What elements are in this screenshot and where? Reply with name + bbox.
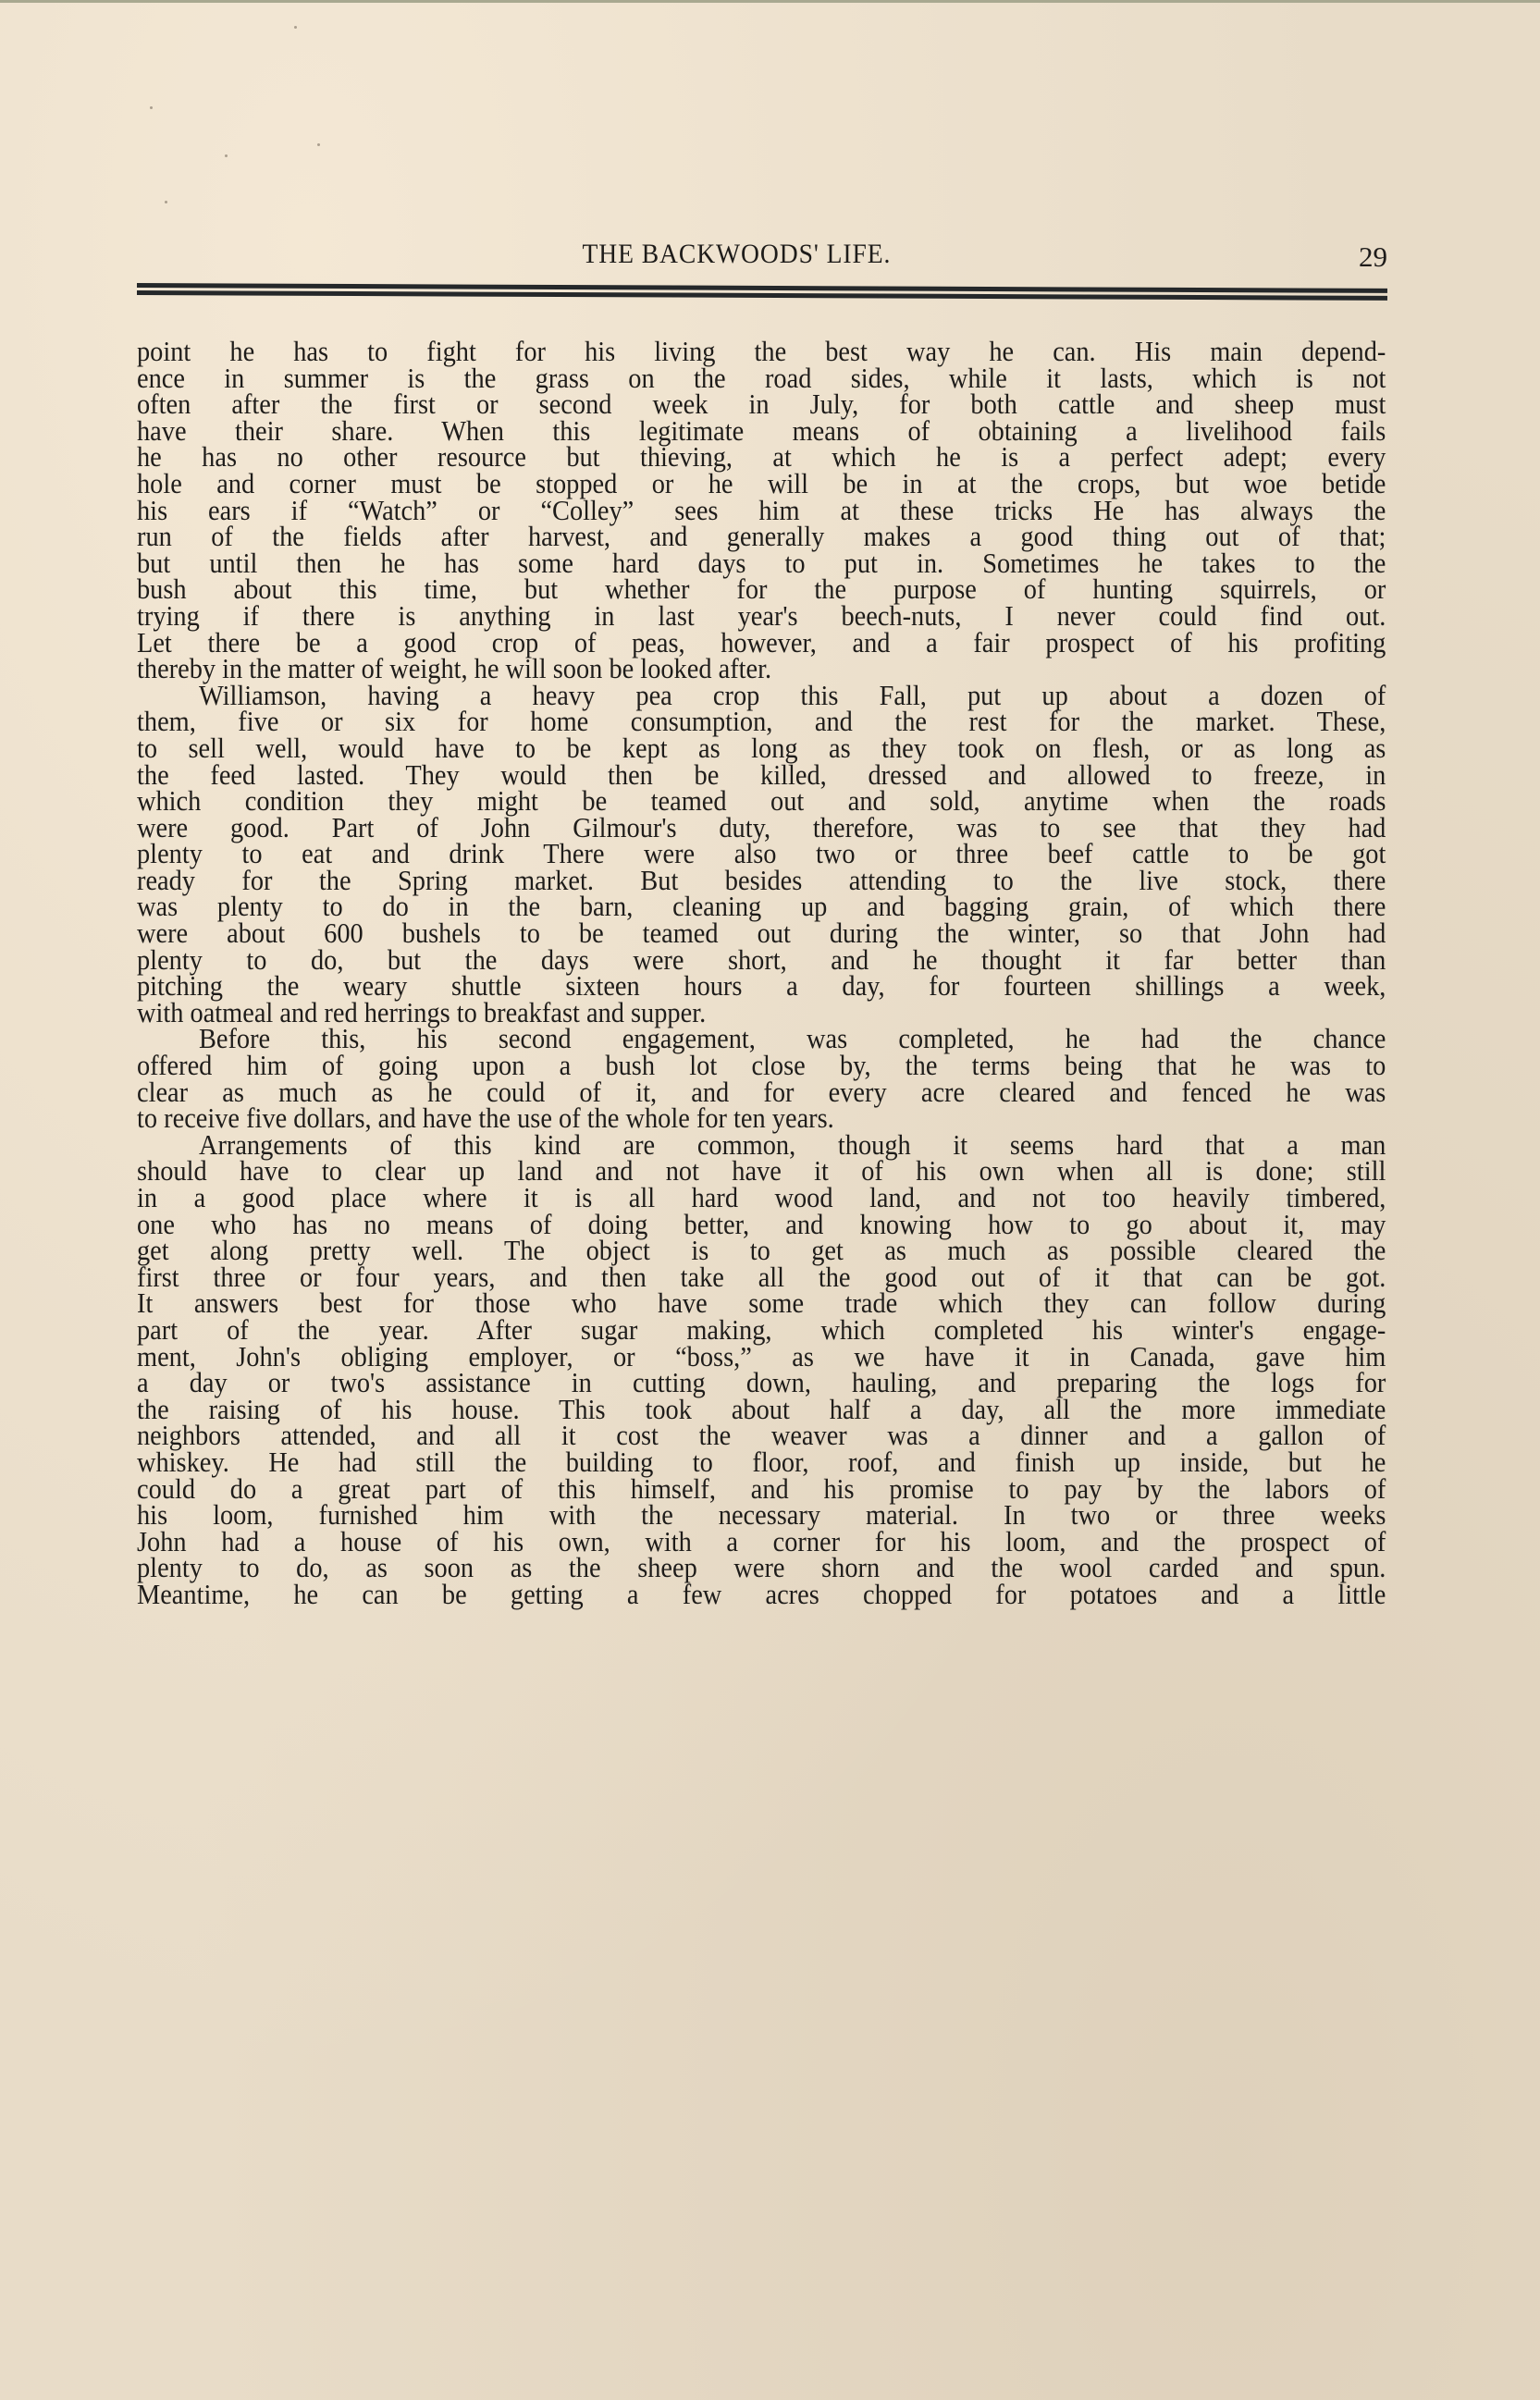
text-line: could do a great part of this himself, a… [137,1476,1386,1503]
text-line: hole and corner must be stopped or he wi… [137,471,1386,498]
text-line: first three or four years, and then take… [137,1264,1386,1291]
text-line: to sell well, would have to be kept as l… [137,735,1386,762]
text-line: clear as much as he could of it, and for… [137,1079,1386,1106]
text-line: his ears if “Watch” or “Colley” sees him… [137,498,1386,524]
text-line: get along pretty well. The object is to … [137,1237,1386,1264]
text-line: the raising of his house. This took abou… [137,1397,1386,1423]
text-line: ence in summer is the grass on the road … [137,365,1386,392]
text-line: whiskey. He had still the building to fl… [137,1449,1386,1476]
text-line: Let there be a good crop of peas, howeve… [137,630,1386,657]
text-line: to receive five dollars, and have the us… [137,1105,1386,1132]
paper-speck [150,106,153,109]
text-line: were good. Part of John Gilmour's duty, … [137,815,1386,842]
text-line: point he has to fight for his living the… [137,338,1386,365]
text-line: neighbors attended, and all it cost the … [137,1422,1386,1449]
running-title: THE BACKWOODS' LIFE. [187,239,1337,270]
text-line: often after the first or second week in … [137,391,1386,418]
text-line: part of the year. After sugar making, wh… [137,1317,1386,1344]
text-line: offered him of going upon a bush lot clo… [137,1052,1386,1079]
text-line: thereby in the matter of weight, he will… [137,656,1386,683]
text-line: Before this, his second engagement, was … [137,1026,1386,1052]
text-line: should have to clear up land and not hav… [137,1158,1386,1185]
text-line: ready for the Spring market. But besides… [137,868,1386,894]
text-line: was plenty to do in the barn, cleaning u… [137,893,1386,920]
text-line: trying if there is anything in last year… [137,603,1386,630]
text-line: but until then he has some hard days to … [137,550,1386,577]
text-line: the feed lasted. They would then be kill… [137,762,1386,789]
paragraph-3: Before this, his second engagement, was … [137,1026,1386,1131]
text-line: bush about this time, but whether for th… [137,576,1386,603]
text-line: them, five or six for home consumption, … [137,708,1386,735]
scan-top-edge [0,0,1540,3]
text-line: run of the fields after harvest, and gen… [137,523,1386,550]
text-line: Williamson, having a heavy pea crop this… [137,683,1386,709]
paragraph-1: point he has to fight for his living the… [137,338,1386,683]
body-text: point he has to fight for his living the… [137,338,1386,1608]
text-line: John had a house of his own, with a corn… [137,1529,1386,1556]
text-line: pitching the weary shuttle sixteen hours… [137,973,1386,1000]
text-line: with oatmeal and red herrings to breakfa… [137,1000,1386,1027]
text-line: It answers best for those who have some … [137,1290,1386,1317]
text-line: plenty to do, but the days were short, a… [137,947,1386,974]
text-line: in a good place where it is all hard woo… [137,1185,1386,1212]
text-line: were about 600 bushels to be teamed out … [137,920,1386,947]
page-number: 29 [1359,240,1387,274]
paragraph-2: Williamson, having a heavy pea crop this… [137,683,1386,1027]
paper-speck [294,26,297,29]
running-head: THE BACKWOODS' LIFE. 29 [137,231,1387,279]
text-line: a day or two's assistance in cutting dow… [137,1370,1386,1397]
paragraph-4: Arrangements of this kind are common, th… [137,1132,1386,1608]
header-double-rule [137,281,1387,300]
text-line: he has no other resource but thieving, a… [137,444,1386,471]
book-page: THE BACKWOODS' LIFE. 29 point he has to … [137,231,1387,1608]
text-line: ment, John's obliging employer, or “boss… [137,1344,1386,1371]
text-line: plenty to eat and drink There were also … [137,841,1386,868]
text-line: plenty to do, as soon as the sheep were … [137,1555,1386,1582]
text-line: have their share. When this legitimate m… [137,418,1386,445]
text-line: which condition they might be teamed out… [137,788,1386,815]
paper-speck [225,154,228,157]
text-line: his loom, furnished him with the necessa… [137,1502,1386,1529]
text-line: one who has no means of doing better, an… [137,1212,1386,1238]
paper-speck [165,201,167,203]
paper-speck [317,143,320,146]
text-line: Arrangements of this kind are common, th… [137,1132,1386,1159]
text-line: Meantime, he can be getting a few acres … [137,1582,1386,1608]
